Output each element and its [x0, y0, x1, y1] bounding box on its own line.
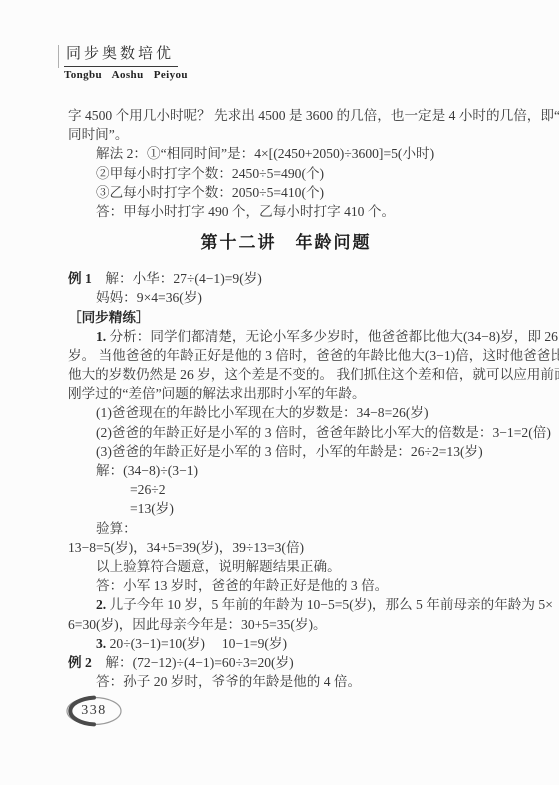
text-run: ②甲每小时打字个数：2450÷5=490(个): [96, 166, 324, 181]
text-run: 13−8=5(岁)，34+5=39(岁)，39÷13=3(倍): [68, 540, 304, 555]
book-header: 同步奥数培优 Tongbu Aoshu Peiyou: [64, 42, 188, 81]
answer-example2: 答：孙子 20 岁时，爷爷的年龄是他的 4 倍。: [68, 672, 504, 691]
text-run: 他大的岁数仍然是 26 岁，这个差是不变的。 我们抓住这个差和倍，就可以应用前面: [68, 367, 559, 382]
book-title: 同步奥数培优: [64, 42, 178, 67]
problem2-line-1: 2. 儿子今年 10 岁，5 年前的年龄为 10−5=5(岁)，那么 5 年前母…: [68, 595, 504, 614]
text-run: 字 4500 个用几小时呢？ 先求出 4500 是 3600 的几倍，也一定是 …: [68, 108, 559, 123]
problem2-line-2: 6=30(岁)，因此母亲今年是：30+5=35(岁)。: [68, 615, 504, 634]
prev-solution-step2: ②甲每小时打字个数：2450÷5=490(个): [68, 164, 504, 183]
bold-run: 1.: [96, 329, 110, 344]
analysis-line-3: 他大的岁数仍然是 26 岁，这个差是不变的。 我们抓住这个差和倍，就可以应用前面: [68, 365, 504, 384]
text-run: =13(岁): [130, 501, 174, 516]
page-number: 338: [64, 694, 124, 728]
answer-problem1: 答：小军 13 岁时，爸爸的年龄正好是他的 3 倍。: [68, 576, 504, 595]
text-run: 20÷(3−1)=10(岁) 10−1=9(岁): [110, 636, 287, 651]
text-run: (3)爸爸的年龄正好是小军的 3 倍时，小军的年龄是：26÷2=13(岁): [96, 444, 483, 459]
text-run: 解：(34−8)÷(3−1): [96, 463, 198, 478]
text-run: 6=30(岁)，因此母亲今年是：30+5=35(岁)。: [68, 617, 327, 632]
step-1: (1)爸爸现在的年龄比小军现在大的岁数是：34−8=26(岁): [68, 403, 504, 422]
content: 字 4500 个用几小时呢？ 先求出 4500 是 3600 的几倍，也一定是 …: [68, 106, 504, 691]
text-run: 妈妈：9×4=36(岁): [96, 290, 202, 305]
solution-eq-line-2: =13(岁): [68, 499, 504, 518]
text-run: ③乙每小时打字个数：2050÷5=410(个): [96, 185, 324, 200]
text-run: 第十二讲 年龄问题: [201, 233, 372, 252]
text-run: 验算：: [96, 521, 137, 536]
bold-run: ［同步精练］: [68, 310, 150, 325]
step-2: (2)爸爸的年龄正好是小军的 3 倍时，爸爸年龄比小军大的倍数是：3−1=2(倍…: [68, 423, 504, 442]
prev-problem-line-1: 字 4500 个用几小时呢？ 先求出 4500 是 3600 的几倍，也一定是 …: [68, 106, 504, 125]
bold-run: 例 2: [68, 655, 92, 670]
analysis-line-2: 岁。 当他爸爸的年龄正好是他的 3 倍时，爸爸的年龄比他大(3−1)倍，这时他爸…: [68, 346, 504, 365]
analysis-line-1: 1. 分析：同学们都清楚，无论小军多少岁时，他爸爸都比他大(34−8)岁，即 2…: [68, 327, 504, 346]
page-number-badge: 338: [64, 694, 124, 728]
text-run: 分析：同学们都清楚，无论小军多少岁时，他爸爸都比他大(34−8)岁，即 26: [110, 329, 558, 344]
text-run: =26÷2: [130, 482, 166, 497]
prev-solution-answer: 答：甲每小时打字 490 个，乙每小时打字 410 个。: [68, 202, 504, 221]
practice-heading: ［同步精练］: [68, 308, 504, 327]
example1-solution-line1: 例 1 解：小华：27÷(4−1)=9(岁): [68, 269, 504, 288]
bold-run: 2.: [96, 597, 110, 612]
book-title-pinyin: Tongbu Aoshu Peiyou: [64, 69, 188, 81]
header-tick-mark: [58, 45, 59, 68]
text-run: 解：(72−12)÷(4−1)=60÷3=20(岁): [92, 655, 294, 670]
lecture-title: 第十二讲 年龄问题: [68, 223, 504, 263]
solution-eq-line-1: =26÷2: [68, 480, 504, 499]
text-run: 以上验算符合题意，说明解题结果正确。: [96, 559, 341, 574]
example1-solution-line2: 妈妈：9×4=36(岁): [68, 288, 504, 307]
text-run: 解法 2：①“相同时间”是：4×[(2450+2050)÷3600]=5(小时): [96, 146, 434, 161]
text-run: 答：小军 13 岁时，爸爸的年龄正好是他的 3 倍。: [96, 578, 388, 593]
text-run: 答：甲每小时打字 490 个，乙每小时打字 410 个。: [96, 204, 395, 219]
text-run: 刚学过的“差倍”问题的解法求出那时小军的年龄。: [68, 386, 366, 401]
example2-solution: 例 2 解：(72−12)÷(4−1)=60÷3=20(岁): [68, 653, 504, 672]
check-conclusion: 以上验算符合题意，说明解题结果正确。: [68, 557, 504, 576]
problem3-solution: 3. 20÷(3−1)=10(岁) 10−1=9(岁): [68, 634, 504, 653]
bold-run: 例 1: [68, 271, 92, 286]
step-3: (3)爸爸的年龄正好是小军的 3 倍时，小军的年龄是：26÷2=13(岁): [68, 442, 504, 461]
analysis-line-4: 刚学过的“差倍”问题的解法求出那时小军的年龄。: [68, 384, 504, 403]
prev-problem-line-2: 同时间”。: [68, 125, 504, 144]
text-run: 同时间”。: [68, 127, 128, 142]
text-run: (1)爸爸现在的年龄比小军现在大的岁数是：34−8=26(岁): [96, 405, 429, 420]
text-run: 岁。 当他爸爸的年龄正好是他的 3 倍时，爸爸的年龄比他大(3−1)倍，这时他爸…: [68, 348, 559, 363]
text-run: 答：孙子 20 岁时，爷爷的年龄是他的 4 倍。: [96, 674, 361, 689]
text-run: (2)爸爸的年龄正好是小军的 3 倍时，爸爸年龄比小军大的倍数是：3−1=2(倍…: [96, 425, 551, 440]
prev-solution-step3: ③乙每小时打字个数：2050÷5=410(个): [68, 183, 504, 202]
bold-run: 3.: [96, 636, 110, 651]
check-calculation: 13−8=5(岁)，34+5=39(岁)，39÷13=3(倍): [68, 538, 504, 557]
text-run: 儿子今年 10 岁，5 年前的年龄为 10−5=5(岁)，那么 5 年前母亲的年…: [110, 597, 553, 612]
check-label: 验算：: [68, 519, 504, 538]
text-run: 解：小华：27÷(4−1)=9(岁): [92, 271, 262, 286]
prev-solution-method2: 解法 2：①“相同时间”是：4×[(2450+2050)÷3600]=5(小时): [68, 144, 504, 163]
solution-expression: 解：(34−8)÷(3−1): [68, 461, 504, 480]
